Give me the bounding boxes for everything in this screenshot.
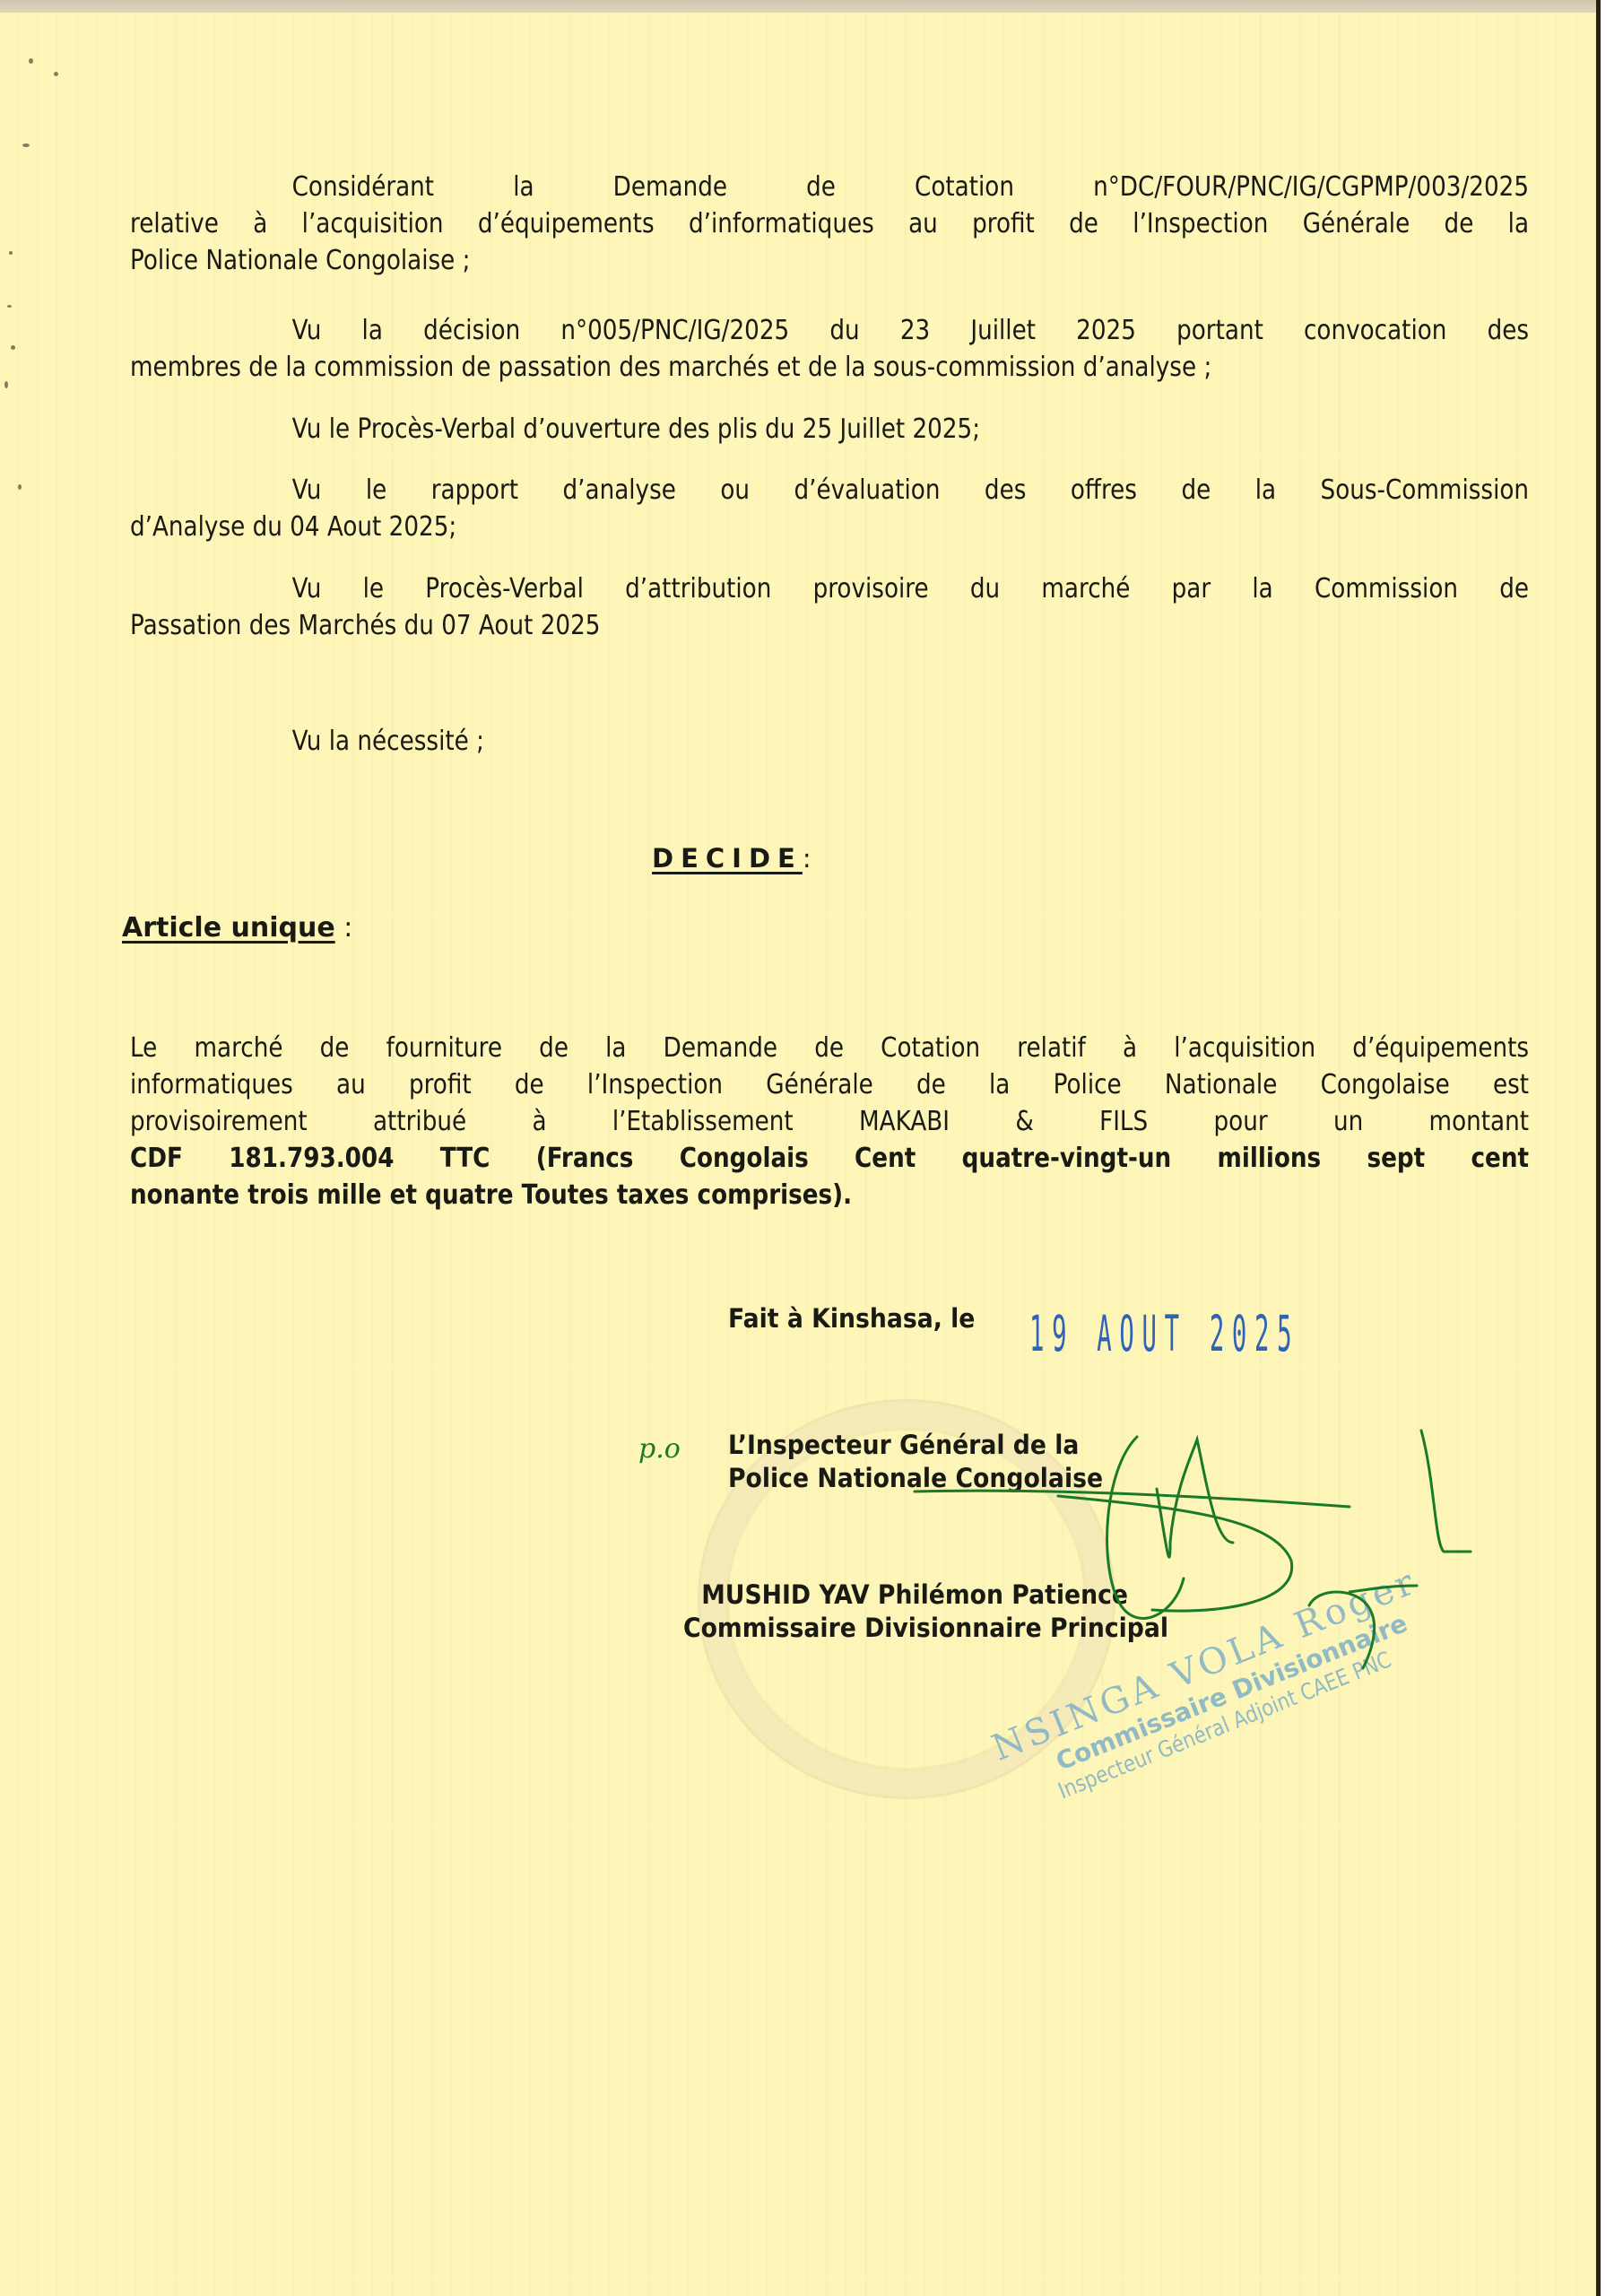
decide-heading: DECIDE:	[652, 843, 811, 874]
recital-line: Considérant la Demande de Cotation n°DC/…	[130, 169, 1529, 205]
recital-line: Vu la nécessité ;	[130, 723, 1529, 760]
signatory-title-line: L’Inspecteur Général de la	[728, 1429, 1103, 1462]
article-line: provisoirement attribué à l’Etablissemen…	[130, 1103, 1529, 1140]
article-label: Article unique	[122, 912, 335, 944]
po-handwritten-note: p.o	[638, 1433, 681, 1465]
recital-decision: Vu la décision n°005/PNC/IG/2025 du 23 J…	[130, 312, 1529, 386]
recital-line: Vu le rapport d’analyse ou d’évaluation …	[130, 472, 1529, 509]
place-date-label: Fait à Kinshasa, le	[728, 1302, 975, 1335]
recital-line: membres de la commission de passation de…	[130, 349, 1529, 386]
signatory-name: MUSHID YAV Philémon Patience	[683, 1578, 1168, 1612]
margin-specks	[0, 36, 63, 538]
recital-line: Vu le Procès-Verbal d’ouverture des plis…	[130, 411, 1529, 448]
article-amount-line: CDF 181.793.004 TTC (Francs Congolais Ce…	[130, 1140, 1529, 1177]
signatory-title: L’Inspecteur Général de la Police Nation…	[728, 1429, 1103, 1495]
article-colon: :	[335, 912, 353, 944]
recital-line: relative à l’acquisition d’équipements d…	[130, 205, 1529, 242]
scan-right-edge	[1596, 0, 1623, 2296]
recital-line: Police Nationale Congolaise ;	[130, 242, 1529, 279]
article-line: informatiques au profit de l’Inspection …	[130, 1066, 1529, 1103]
recital-line: Vu le Procès-Verbal d’attribution provis…	[130, 570, 1529, 607]
recital-line: Vu la décision n°005/PNC/IG/2025 du 23 J…	[130, 312, 1529, 349]
signatory-rank: Commissaire Divisionnaire Principal	[683, 1612, 1168, 1645]
recital-rapport-analyse: Vu le rapport d’analyse ou d’évaluation …	[130, 472, 1529, 545]
article-heading: Article unique :	[122, 912, 352, 944]
recital-line: Passation des Marchés du 07 Aout 2025	[130, 607, 1529, 644]
article-line: Le marché de fourniture de la Demande de…	[130, 1030, 1529, 1066]
signatory-title-line: Police Nationale Congolaise	[728, 1462, 1103, 1495]
decide-label: DECIDE	[652, 843, 803, 874]
article-amount-line: nonante trois mille et quatre Toutes tax…	[130, 1177, 1529, 1213]
recital-line: d’Analyse du 04 Aout 2025;	[130, 509, 1529, 545]
recital-pv-ouverture: Vu le Procès-Verbal d’ouverture des plis…	[130, 411, 1529, 448]
date-stamp: 19 AOUT 2025	[1029, 1306, 1299, 1363]
decide-colon: :	[803, 843, 811, 874]
signatory-name-block: MUSHID YAV Philémon Patience Commissaire…	[683, 1578, 1168, 1645]
recital-necessite: Vu la nécessité ;	[130, 723, 1529, 760]
recital-pv-attribution: Vu le Procès-Verbal d’attribution provis…	[130, 570, 1529, 644]
article-body: Le marché de fourniture de la Demande de…	[130, 1030, 1529, 1213]
scan-top-edge	[0, 0, 1623, 13]
recital-cotation: Considérant la Demande de Cotation n°DC/…	[130, 169, 1529, 279]
